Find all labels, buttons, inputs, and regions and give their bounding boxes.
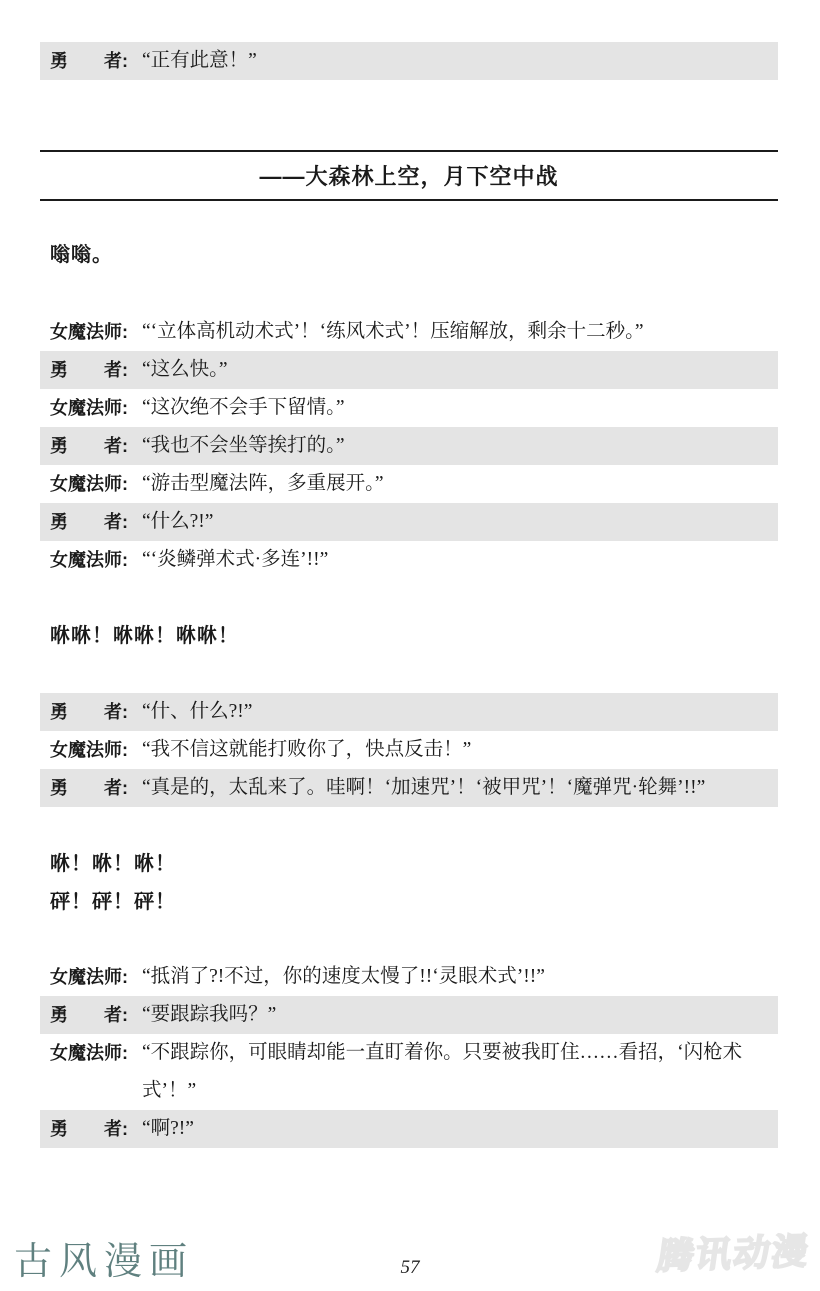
dialogue-text: “我不信这就能打败你了，快点反击！” <box>142 731 778 769</box>
speaker-name: 勇 者: <box>50 427 142 465</box>
dialogue-row: 勇 者:“我也不会坐等挨打的。” <box>40 427 778 465</box>
dialogue-text: “‘立体高机动术式’！‘练风术式’！压缩解放，剩余十二秒。” <box>142 313 778 351</box>
dialogue-text: “真是的，太乱来了。哇啊！‘加速咒’！‘被甲咒’！‘魔弹咒·轮舞’!!” <box>142 769 778 807</box>
speaker-name: 女魔法师: <box>50 1034 142 1072</box>
speaker-name: 女魔法师: <box>50 313 142 351</box>
speaker-name: 勇 者: <box>50 693 142 731</box>
sound-effect-text: 砰！砰！砰！ <box>40 889 778 915</box>
dialogue-row: 勇 者:“什、什么?!” <box>40 693 778 731</box>
dialogue-text: “什么?!” <box>142 503 778 541</box>
sound-effect-text: 咻咻！咻咻！咻咻！ <box>40 623 778 649</box>
dialogue-row: 女魔法师:“‘炎鳞弹术式·多连’!!” <box>40 541 778 579</box>
dialogue-text: “啊?!” <box>142 1110 778 1148</box>
dialogue-text: “这么快。” <box>142 351 778 389</box>
dialogue-text: “正有此意！” <box>142 42 778 80</box>
dialogue-text: “抵消了?!不过，你的速度太慢了!!‘灵眼术式’!!” <box>142 958 778 996</box>
dialogue-row: 女魔法师:“不跟踪你，可眼睛却能一直盯着你。只要被我盯住……看招，‘闪枪术式’！… <box>40 1034 778 1110</box>
dialogue-row: 勇 者:“正有此意！” <box>40 42 778 80</box>
speaker-name: 女魔法师: <box>50 389 142 427</box>
sound-effect-text: 嗡嗡。 <box>40 242 778 268</box>
speaker-name: 勇 者: <box>50 996 142 1034</box>
section-title: ——大森林上空，月下空中战 <box>40 150 778 201</box>
dialogue-row: 女魔法师:“游击型魔法阵，多重展开。” <box>40 465 778 503</box>
dialogue-row: 女魔法师:“‘立体高机动术式’！‘练风术式’！压缩解放，剩余十二秒。” <box>40 313 778 351</box>
dialogue-row: 女魔法师:“我不信这就能打败你了，快点反击！” <box>40 731 778 769</box>
dialogue-text: “要跟踪我吗？” <box>142 996 778 1034</box>
speaker-name: 勇 者: <box>50 503 142 541</box>
speaker-name: 女魔法师: <box>50 541 142 579</box>
sound-effect-text: 咻！咻！咻！ <box>40 851 778 877</box>
tencent-comics-watermark: 腾讯动漫 <box>654 1223 813 1279</box>
speaker-name: 勇 者: <box>50 1110 142 1148</box>
dialogue-text: “什、什么?!” <box>142 693 778 731</box>
dialogue-text: “游击型魔法阵，多重展开。” <box>142 465 778 503</box>
dialogue-text: “这次绝不会手下留情。” <box>142 389 778 427</box>
speaker-name: 勇 者: <box>50 351 142 389</box>
dialogue-row: 女魔法师:“抵消了?!不过，你的速度太慢了!!‘灵眼术式’!!” <box>40 958 778 996</box>
dialogue-row: 勇 者:“要跟踪我吗？” <box>40 996 778 1034</box>
dialogue-row: 勇 者:“啊?!” <box>40 1110 778 1148</box>
speaker-name: 勇 者: <box>50 42 142 80</box>
dialogue-row: 勇 者:“这么快。” <box>40 351 778 389</box>
speaker-name: 女魔法师: <box>50 958 142 996</box>
dialogue-row: 勇 者:“真是的，太乱来了。哇啊！‘加速咒’！‘被甲咒’！‘魔弹咒·轮舞’!!” <box>40 769 778 807</box>
script-body: 勇 者:“正有此意！”——大森林上空，月下空中战嗡嗡。女魔法师:“‘立体高机动术… <box>0 0 820 1148</box>
dialogue-row: 女魔法师:“这次绝不会手下留情。” <box>40 389 778 427</box>
speaker-name: 女魔法师: <box>50 731 142 769</box>
dialogue-text: “‘炎鳞弹术式·多连’!!” <box>142 541 778 579</box>
speaker-name: 女魔法师: <box>50 465 142 503</box>
dialogue-row: 勇 者:“什么?!” <box>40 503 778 541</box>
dialogue-text: “我也不会坐等挨打的。” <box>142 427 778 465</box>
dialogue-text: “不跟踪你，可眼睛却能一直盯着你。只要被我盯住……看招，‘闪枪术式’！” <box>142 1034 778 1110</box>
script-page: 勇 者:“正有此意！”——大森林上空，月下空中战嗡嗡。女魔法师:“‘立体高机动术… <box>0 0 820 1291</box>
speaker-name: 勇 者: <box>50 769 142 807</box>
